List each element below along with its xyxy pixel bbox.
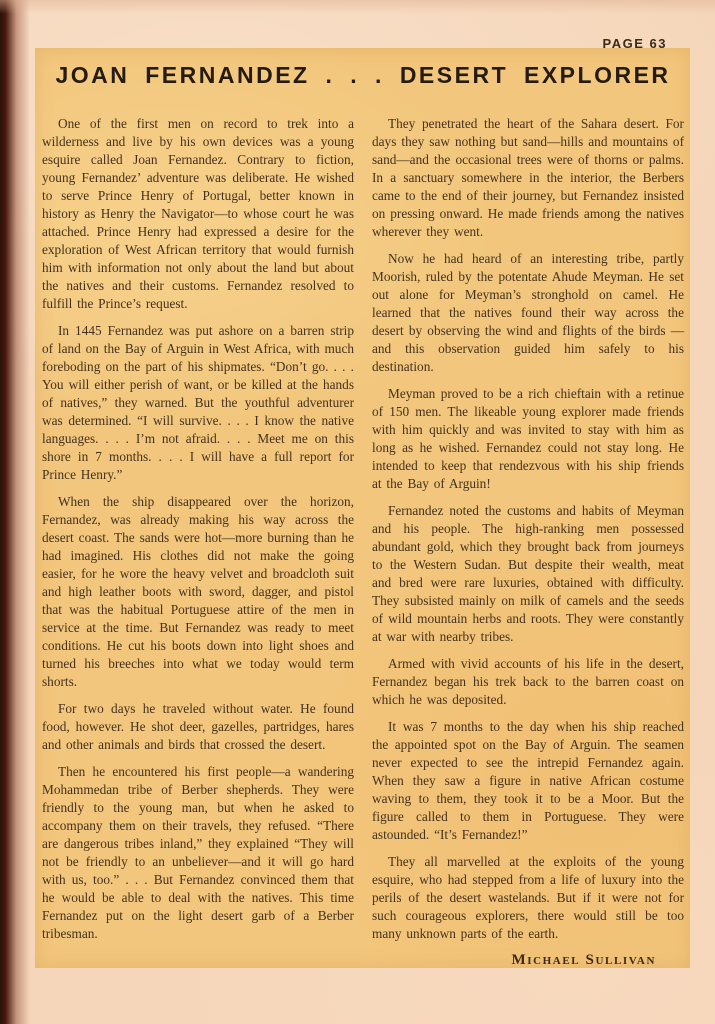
paragraph: It was 7 months to the day when his ship… — [372, 718, 684, 844]
paragraph: Meyman proved to be a rich chieftain wit… — [372, 385, 684, 493]
paragraph: They all marvelled at the exploits of th… — [372, 853, 684, 943]
article-page: JOAN FERNANDEZ . . . DESERT EXPLORER One… — [35, 48, 690, 968]
paragraph: They penetrated the heart of the Sahara … — [372, 115, 684, 241]
paragraph: One of the first men on record to trek i… — [42, 115, 354, 313]
paragraph: For two days he traveled without water. … — [42, 700, 354, 754]
paragraph: When the ship disappeared over the horiz… — [42, 493, 354, 691]
paragraph: Then he encountered his first people—a w… — [42, 763, 354, 943]
column-right: They penetrated the heart of the Sahara … — [372, 115, 684, 969]
scan-shadow-left-edge — [0, 0, 30, 1024]
article-title: JOAN FERNANDEZ . . . DESERT EXPLORER — [42, 62, 684, 89]
paragraph: Now he had heard of an interesting tribe… — [372, 250, 684, 376]
article-columns: One of the first men on record to trek i… — [42, 115, 684, 969]
column-left: One of the first men on record to trek i… — [42, 115, 354, 969]
paragraph: Armed with vivid accounts of his life in… — [372, 655, 684, 709]
author-byline: Michael Sullivan — [372, 952, 684, 969]
paragraph: In 1445 Fernandez was put ashore on a ba… — [42, 322, 354, 484]
paragraph: Fernandez noted the customs and habits o… — [372, 502, 684, 646]
scan-shadow-top-edge — [0, 0, 715, 14]
